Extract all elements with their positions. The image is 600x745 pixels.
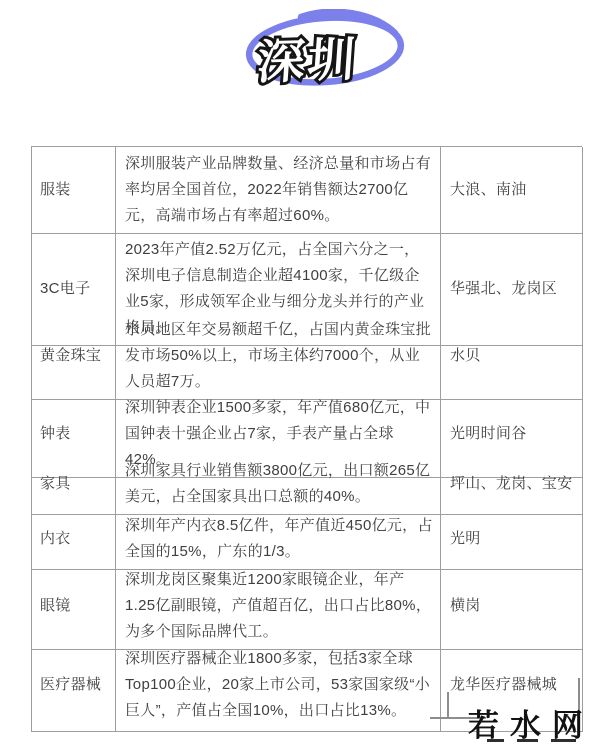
table-row: 钟表 深圳钟表企业1500多家，年产值680亿元，中国钟表十强企业占7家，手表产… bbox=[32, 391, 582, 454]
industry-location: 水贝 bbox=[441, 313, 583, 400]
industry-name: 家具 bbox=[32, 454, 116, 515]
table-row: 眼镜 深圳龙岗区聚集近1200家眼镜企业，年产1.25亿副眼镜，产值超百亿，出口… bbox=[32, 563, 582, 638]
table-row: 黄金珠宝 水贝地区年交易额超千亿，占国内黄金珠宝批发市场50%以上，市场主体约7… bbox=[32, 313, 582, 391]
industry-description: 深圳龙岗区聚集近1200家眼镜企业，年产1.25亿副眼镜，产值超百亿，出口占比8… bbox=[116, 563, 441, 650]
table-row: 3C电子 2023年产值2.52万亿元，占全国六分之一，深圳电子信息制造企业超4… bbox=[32, 233, 582, 313]
industry-table: 服装 深圳服装产业品牌数量、经济总量和市场占有率均居全国首位，2022年销售额达… bbox=[31, 146, 582, 732]
industry-description: 水贝地区年交易额超千亿，占国内黄金珠宝批发市场50%以上，市场主体约7000个，… bbox=[116, 313, 441, 400]
industry-description: 深圳服装产业品牌数量、经济总量和市场占有率均居全国首位，2022年销售额达270… bbox=[116, 147, 441, 234]
industry-name: 眼镜 bbox=[32, 563, 116, 650]
industry-name: 黄金珠宝 bbox=[32, 313, 116, 400]
industry-location: 光明 bbox=[441, 509, 583, 570]
industry-name: 医疗器械 bbox=[32, 638, 116, 732]
table-row: 家具 深圳家具行业销售额3800亿元，出口额265亿美元，占全国家具出口总额的4… bbox=[32, 454, 582, 509]
table-row: 服装 深圳服装产业品牌数量、经济总量和市场占有率均居全国首位，2022年销售额达… bbox=[32, 147, 582, 233]
industry-location: 横岗 bbox=[441, 563, 583, 650]
page-title: 深圳 bbox=[255, 19, 460, 93]
table-row: 内衣 深圳年产内衣8.5亿件，年产值近450亿元，占全国的15%，广东的1/3。… bbox=[32, 509, 582, 563]
industry-name: 服装 bbox=[32, 147, 116, 234]
industry-description: 深圳家具行业销售额3800亿元，出口额265亿美元，占全国家具出口总额的40%。 bbox=[116, 454, 441, 515]
industry-location: 坪山、龙岗、宝安 bbox=[441, 454, 583, 515]
industry-name: 内衣 bbox=[32, 509, 116, 570]
industry-description: 深圳医疗器械企业1800多家，包括3家全球Top100企业，20家上市公司，53… bbox=[116, 638, 441, 732]
industry-description: 深圳年产内衣8.5亿件，年产值近450亿元，占全国的15%，广东的1/3。 bbox=[116, 509, 441, 570]
watermark-vertical-line-left bbox=[447, 692, 449, 719]
industry-location: 大浪、南油 bbox=[441, 147, 583, 234]
watermark-subtext-marks bbox=[487, 739, 576, 742]
